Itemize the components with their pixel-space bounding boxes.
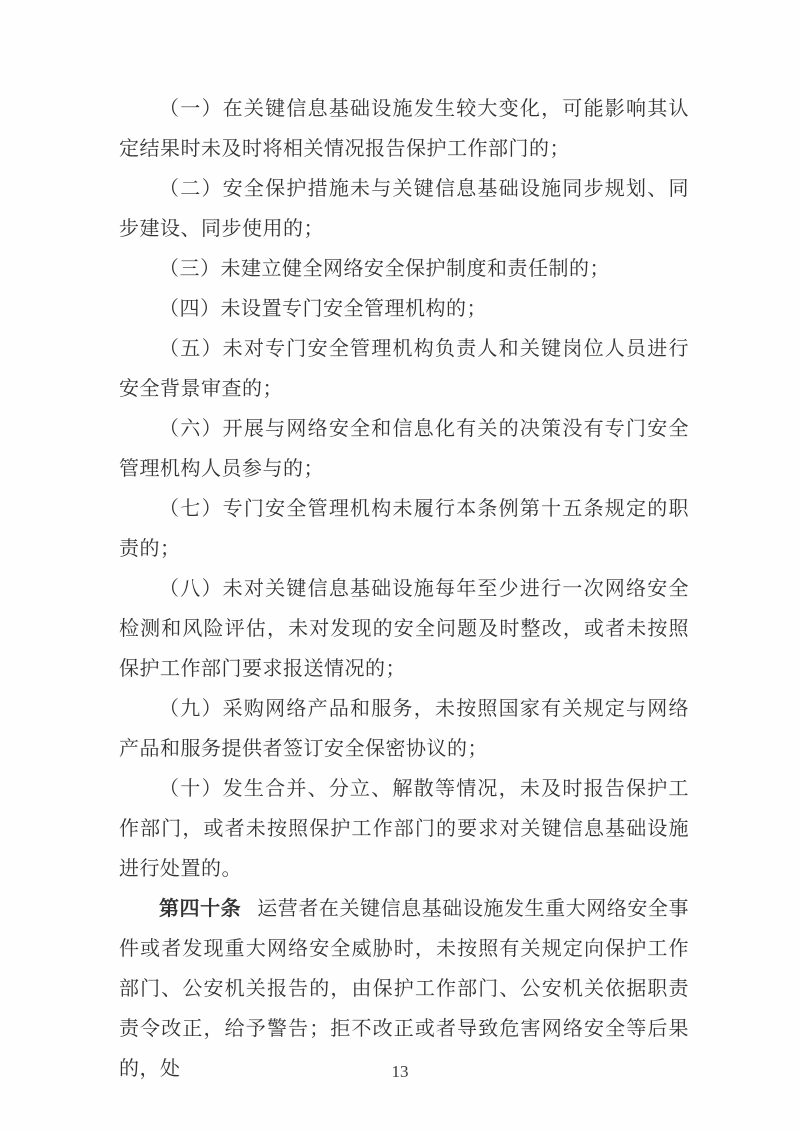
paragraph-text: （五）未对专门安全管理机构负责人和关键岗位人员进行安全背景审查的；	[119, 338, 689, 400]
list-item-paragraph: （九）采购网络产品和服务，未按照国家有关规定与网络产品和服务提供者签订安全保密协…	[119, 689, 689, 769]
paragraph-text: （九）采购网络产品和服务，未按照国家有关规定与网络产品和服务提供者签订安全保密协…	[119, 698, 689, 760]
list-item-paragraph: （七）专门安全管理机构未履行本条例第十五条规定的职责的；	[119, 489, 689, 569]
list-item-paragraph: （五）未对专门安全管理机构负责人和关键岗位人员进行安全背景审查的；	[119, 329, 689, 409]
article-paragraph: 第四十条运营者在关键信息基础设施发生重大网络安全事件或者发现重大网络安全威胁时，…	[119, 889, 689, 1089]
paragraph-text: （八）未对关键信息基础设施每年至少进行一次网络安全检测和风险评估，未对发现的安全…	[119, 578, 689, 680]
paragraph-text: （四）未设置专门安全管理机构的；	[159, 298, 487, 320]
list-item-paragraph: （一）在关键信息基础设施发生较大变化，可能影响其认定结果时未及时将相关情况报告保…	[119, 89, 689, 169]
document-body: （一）在关键信息基础设施发生较大变化，可能影响其认定结果时未及时将相关情况报告保…	[119, 89, 689, 1089]
list-item-paragraph: （六）开展与网络安全和信息化有关的决策没有专门安全管理机构人员参与的；	[119, 409, 689, 489]
paragraph-text: （三）未建立健全网络安全保护制度和责任制的；	[159, 258, 610, 280]
list-item-paragraph: （八）未对关键信息基础设施每年至少进行一次网络安全检测和风险评估，未对发现的安全…	[119, 569, 689, 689]
paragraph-text: 运营者在关键信息基础设施发生重大网络安全事件或者发现重大网络安全威胁时，未按照有…	[119, 898, 689, 1080]
page-number: 13	[0, 1060, 800, 1084]
list-item-paragraph: （四）未设置专门安全管理机构的；	[119, 289, 689, 329]
paragraph-text: （六）开展与网络安全和信息化有关的决策没有专门安全管理机构人员参与的；	[119, 418, 689, 480]
paragraph-text: （十）发生合并、分立、解散等情况，未及时报告保护工作部门，或者未按照保护工作部门…	[119, 778, 689, 880]
article-number-label: 第四十条	[159, 898, 241, 920]
paragraph-text: （二）安全保护措施未与关键信息基础设施同步规划、同步建设、同步使用的；	[119, 178, 689, 240]
paragraph-text: （一）在关键信息基础设施发生较大变化，可能影响其认定结果时未及时将相关情况报告保…	[119, 98, 689, 160]
document-page: （一）在关键信息基础设施发生较大变化，可能影响其认定结果时未及时将相关情况报告保…	[0, 0, 800, 1130]
list-item-paragraph: （二）安全保护措施未与关键信息基础设施同步规划、同步建设、同步使用的；	[119, 169, 689, 249]
list-item-paragraph: （三）未建立健全网络安全保护制度和责任制的；	[119, 249, 689, 289]
list-item-paragraph: （十）发生合并、分立、解散等情况，未及时报告保护工作部门，或者未按照保护工作部门…	[119, 769, 689, 889]
paragraph-text: （七）专门安全管理机构未履行本条例第十五条规定的职责的；	[119, 498, 689, 560]
